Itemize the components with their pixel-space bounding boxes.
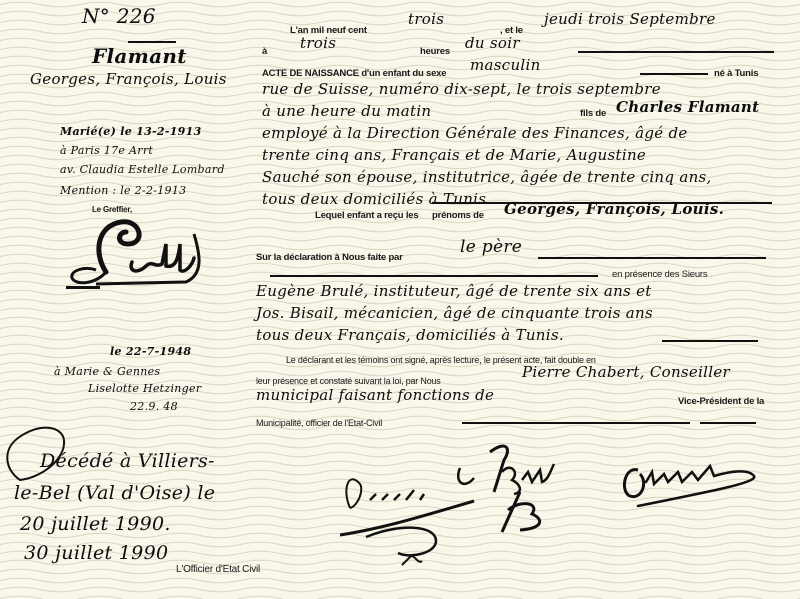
hand-child-names: Georges, François, Louis.: [504, 200, 724, 218]
hand-father-name: Charles Flamant: [616, 98, 759, 116]
act-number: N° 226: [82, 4, 156, 28]
printed-acte-de-naissance: ACTE DE NAISSANCE d'un enfant du sexe: [262, 68, 446, 79]
hand-hour-detail: à une heure du matin: [262, 102, 431, 120]
mention-marriage-line1: Marié(e) le 13-2-1913: [60, 125, 202, 138]
mention-marriage-line2: à Paris 17e Arrt: [60, 144, 153, 157]
mention-second-line4: 22.9. 48: [130, 400, 178, 413]
printed-sur-la-declaration: Sur la déclaration à Nous faite par: [256, 252, 403, 263]
witness-signature-brule: [450, 432, 580, 542]
mention-marriage-line4: Mention : le 2-2-1913: [60, 184, 186, 197]
printed-lequel-enfant: Lequel enfant a reçu les: [315, 210, 418, 221]
death-mention-line4: 30 juillet 1990: [24, 542, 168, 564]
hand-declarant: le père: [460, 237, 522, 257]
margin-given-names: Georges, François, Louis: [30, 70, 227, 88]
death-mention-officer-label: L'Officier d'Etat Civil: [176, 564, 260, 575]
death-mention-initial-d: [0, 410, 70, 490]
hand-father-age-mother: trente cinq ans, Français et de Marie, A…: [262, 146, 646, 164]
hand-year: trois: [408, 10, 444, 28]
hand-witness-2: Jos. Bisail, mécanicien, âgé de cinquant…: [256, 304, 653, 322]
greffier-signature: [66, 214, 216, 294]
printed-fils-de: fils de: [580, 108, 606, 119]
hand-officer-function: municipal faisant fonctions de: [256, 386, 494, 404]
officer-signature-chabert: [618, 452, 768, 512]
hand-witness-1: Eugène Brulé, instituteur, âgé de trente…: [256, 282, 652, 300]
printed-constate: leur présence et constaté suivant la loi…: [256, 376, 441, 386]
mention-marriage-line3: av. Claudia Estelle Lombard: [60, 163, 225, 176]
printed-municipalite: Municipalité, officier de l'Etat-Civil: [256, 418, 382, 428]
hand-father-occupation: employé à la Direction Générale des Fina…: [262, 124, 688, 142]
printed-prenoms-de: prénoms de: [432, 210, 484, 221]
hand-time: du soir: [465, 34, 520, 52]
hand-date: jeudi trois Septembre: [544, 10, 716, 28]
hand-witness-residence: tous deux Français, domiciliés à Tunis.: [256, 326, 564, 344]
margin-surname: Flamant: [92, 44, 187, 68]
printed-en-presence: en présence des Sieurs: [612, 269, 707, 280]
hand-officer-name: Pierre Chabert, Conseiller: [522, 363, 730, 381]
printed-ne-a: né à Tunis: [714, 68, 758, 79]
death-mention-line3: 20 juillet 1990.: [20, 513, 171, 535]
hand-hour: trois: [300, 34, 336, 52]
hand-mother-details: Sauché son épouse, institutrice, âgée de…: [262, 168, 712, 186]
printed-heures: heures: [420, 46, 450, 57]
printed-vice-president: Vice-Président de la: [678, 396, 764, 407]
hand-residence: tous deux domiciliés à Tunis.: [262, 190, 491, 208]
mention-second-line1: le 22-7-1948: [110, 345, 191, 358]
mention-second-line2: à Marie & Gennes: [54, 365, 160, 378]
printed-a: à: [262, 46, 267, 57]
hand-address: rue de Suisse, numéro dix-sept, le trois…: [262, 80, 661, 98]
hand-sex: masculin: [470, 56, 541, 74]
mention-marriage-greffier: Le Greffier,: [92, 205, 132, 214]
mention-second-line3: Liselotte Hetzinger: [88, 382, 201, 395]
